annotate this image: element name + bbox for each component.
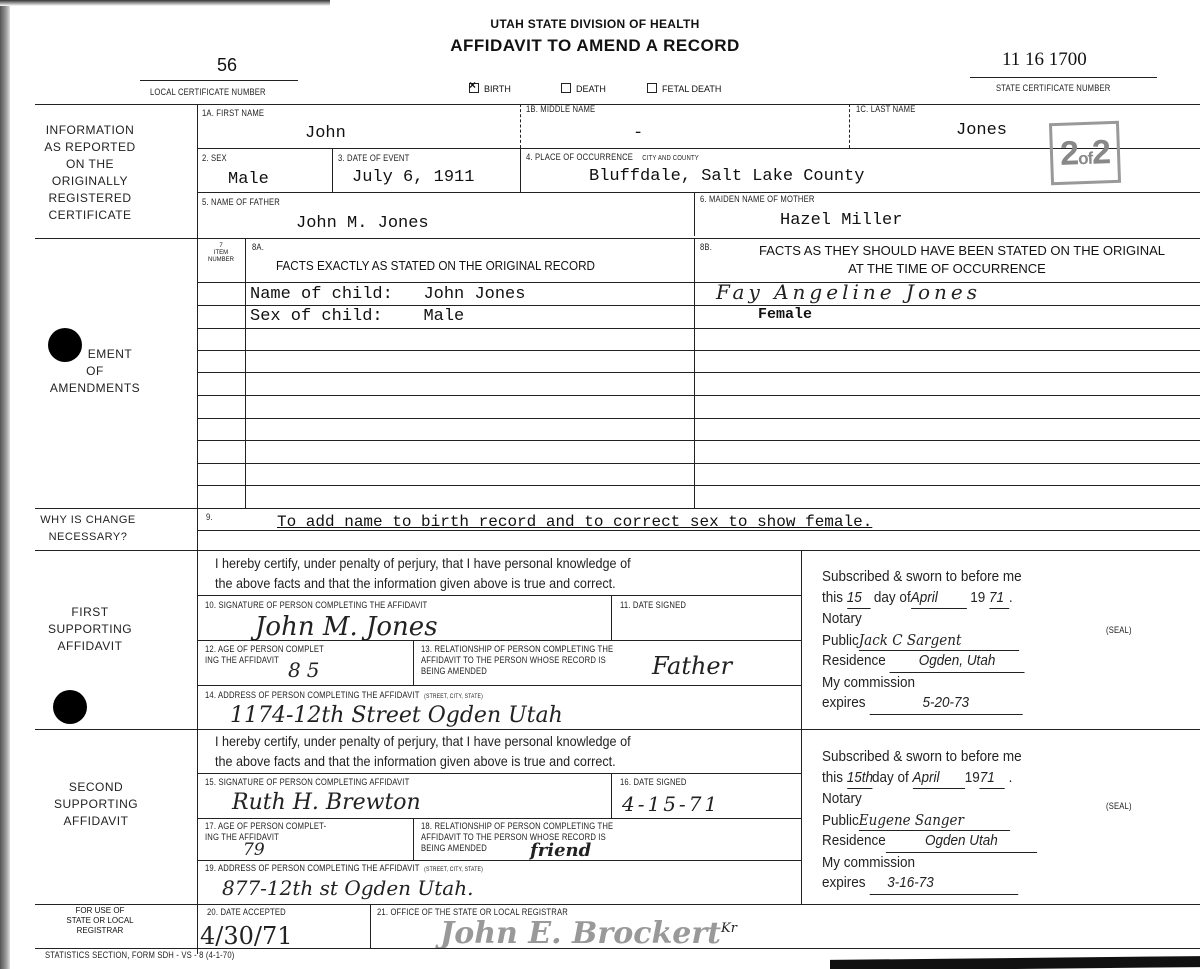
col-8b-title: FACTS AS THEY SHOULD HAVE BEEN STATED ON… bbox=[694, 242, 1200, 278]
second-seal-label: (SEAL) bbox=[1106, 801, 1132, 811]
second-signature-label: 15. SIGNATURE OF PERSON COMPLETING AFFID… bbox=[205, 777, 409, 787]
first-name-value: John bbox=[305, 124, 346, 143]
middle-name-value: - bbox=[633, 124, 643, 143]
checkbox-checked-icon[interactable] bbox=[469, 83, 479, 93]
first-relationship: Father bbox=[652, 652, 732, 680]
page-count-stamp: 2of2 bbox=[1049, 121, 1121, 185]
place-label: 4. PLACE OF OCCURRENCE CITY AND COUNTY bbox=[526, 152, 699, 162]
state-certificate-number: 11 16 1700 bbox=[1002, 49, 1087, 71]
section-registrar-label: FOR USE OFSTATE OR LOCALREGISTRAR bbox=[35, 906, 165, 936]
second-age-label: 17. AGE OF PERSON COMPLET-ING THE AFFIDA… bbox=[205, 821, 326, 843]
col-8a-number: 8A. bbox=[252, 242, 264, 252]
second-signature: Ruth H. Brewton bbox=[232, 790, 421, 815]
amendment-row-corrected: Female bbox=[758, 306, 812, 323]
first-notary-block: Subscribed & sworn to before me this 15 … bbox=[822, 567, 1025, 715]
local-certificate-label: LOCAL CERTIFICATE NUMBER bbox=[150, 87, 266, 97]
first-age: 85 bbox=[288, 658, 325, 682]
amendment-row-corrected: Fay Angeline Jones bbox=[716, 280, 981, 304]
sex-label: 2. SEX bbox=[202, 153, 227, 163]
second-address-label: 19. ADDRESS OF PERSON COMPLETING THE AFF… bbox=[205, 863, 483, 873]
first-signature-label: 10. SIGNATURE OF PERSON COMPLETING THE A… bbox=[205, 600, 427, 610]
record-type-fetal-death[interactable]: FETAL DEATH bbox=[647, 83, 721, 94]
record-type-birth[interactable]: BIRTH bbox=[469, 83, 511, 94]
reason-number: 9. bbox=[206, 512, 213, 522]
second-date: 4-15-71 bbox=[622, 792, 720, 816]
first-name-label: 1A. FIRST NAME bbox=[202, 108, 264, 118]
first-seal-label: (SEAL) bbox=[1106, 625, 1132, 635]
punch-hole bbox=[48, 328, 82, 362]
section-original-label: INFORMATIONAS REPORTEDON THEORIGINALLYRE… bbox=[30, 122, 150, 224]
second-age: 79 bbox=[243, 840, 265, 860]
section-reason-label: WHY IS CHANGENECESSARY? bbox=[28, 512, 148, 546]
form-agency: UTAH STATE DIVISION OF HEALTH bbox=[0, 17, 1190, 31]
first-signature: John M. Jones bbox=[255, 612, 438, 642]
punch-hole bbox=[53, 690, 87, 724]
reason-value: To add name to birth record and to corre… bbox=[277, 513, 872, 531]
amendment-row-original: Sex of child: Male bbox=[250, 307, 464, 326]
checkbox-icon[interactable] bbox=[561, 83, 571, 93]
first-address: 1174-12th Street Ogden Utah bbox=[230, 703, 563, 728]
local-certificate-number: 56 bbox=[217, 55, 237, 76]
scan-edge-top bbox=[0, 0, 330, 6]
place-value: Bluffdale, Salt Lake County bbox=[589, 167, 864, 186]
father-value: John M. Jones bbox=[296, 214, 429, 233]
second-address: 877-12th st Ogden Utah. bbox=[222, 876, 473, 900]
section-second-affidavit-label: SECONDSUPPORTINGAFFIDAVIT bbox=[36, 779, 156, 830]
checkbox-icon[interactable] bbox=[647, 83, 657, 93]
state-certificate-label: STATE CERTIFICATE NUMBER bbox=[996, 83, 1110, 93]
item-number-label: 7ITEMNUMBER bbox=[200, 243, 242, 264]
section-first-affidavit-label: FIRSTSUPPORTINGAFFIDAVIT bbox=[30, 604, 150, 655]
second-notary-block: Subscribed & sworn to before me this 15t… bbox=[822, 747, 1037, 895]
scan-edge-bottom bbox=[830, 956, 1200, 969]
sex-value: Male bbox=[228, 170, 269, 189]
last-name-label: 1C. LAST NAME bbox=[856, 104, 915, 114]
scan-edge bbox=[0, 0, 10, 969]
first-date-label: 11. DATE SIGNED bbox=[620, 600, 686, 610]
second-date-label: 16. DATE SIGNED bbox=[620, 777, 687, 787]
second-certify-text: I hereby certify, under penalty of perju… bbox=[215, 731, 631, 771]
father-label: 5. NAME OF FATHER bbox=[202, 197, 280, 207]
date-accepted-label: 20. DATE ACCEPTED bbox=[207, 907, 286, 917]
date-of-event-label: 3. DATE OF EVENT bbox=[338, 153, 409, 163]
first-address-label: 14. ADDRESS OF PERSON COMPLETING THE AFF… bbox=[205, 690, 483, 700]
record-type-death[interactable]: DEATH bbox=[561, 83, 606, 94]
last-name-value: Jones bbox=[956, 121, 1007, 140]
col-8a-title: FACTS EXACTLY AS STATED ON THE ORIGINAL … bbox=[276, 258, 595, 273]
form-id: STATISTICS SECTION, FORM SDH - VS - 8 (4… bbox=[45, 950, 234, 960]
amendment-row-original: Name of child: John Jones bbox=[250, 285, 525, 304]
date-of-event-value: July 6, 1911 bbox=[352, 168, 474, 187]
second-relationship: friend bbox=[530, 840, 591, 861]
first-relationship-label: 13. RELATIONSHIP OF PERSON COMPLETING TH… bbox=[421, 644, 613, 677]
middle-name-label: 1B. MIDDLE NAME bbox=[526, 104, 595, 114]
first-certify-text: I hereby certify, under penalty of perju… bbox=[215, 553, 631, 593]
mother-value: Hazel Miller bbox=[780, 211, 902, 230]
registrar-signature: John E. BrockertKr bbox=[440, 916, 737, 951]
mother-label: 6. MAIDEN NAME OF MOTHER bbox=[700, 194, 815, 204]
date-accepted: 4/30/71 bbox=[200, 922, 293, 950]
